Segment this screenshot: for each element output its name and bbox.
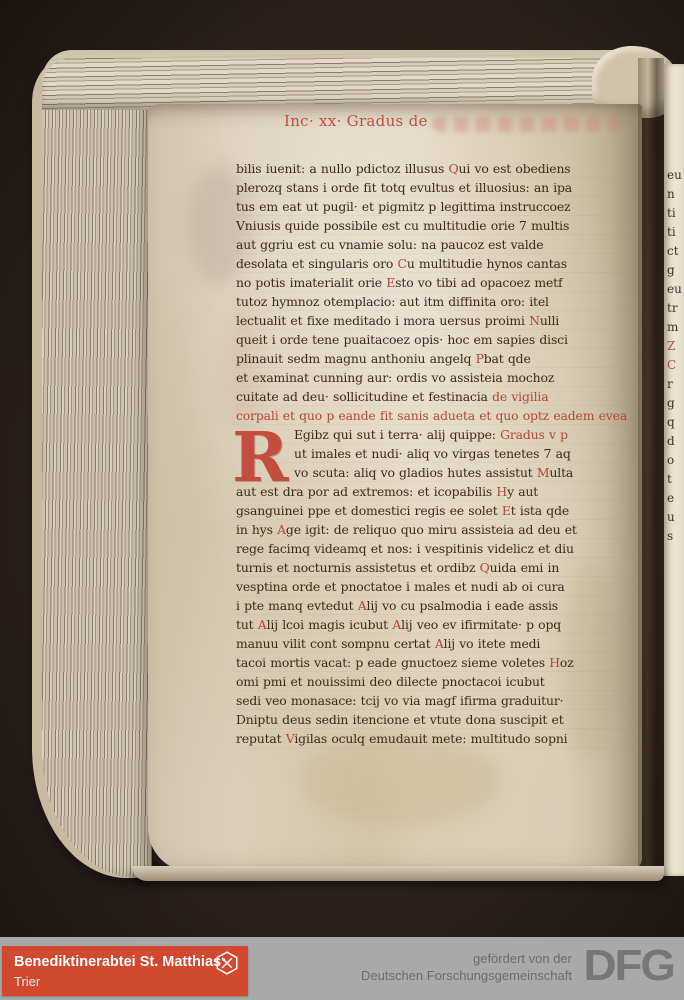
manuscript-line: Dniptu deus sedin itencione et vtute don…	[236, 710, 634, 729]
dfg-logo: DFG	[584, 941, 674, 991]
manuscript-line: sedi veo monasace: tcij vo via magf ifir…	[236, 691, 634, 710]
drop-cap-initial: R	[232, 422, 288, 494]
manuscript-line: vo scuta: aliq vo gladios hutes assistut…	[236, 463, 634, 482]
manuscript-line: plerozq stans i orde fit totq evultus et…	[236, 178, 634, 197]
manuscript-line: gsanguinei ppe et domestici regis ee sol…	[236, 501, 634, 520]
manuscript-line: et examinat cunning aur: ordis vo assist…	[236, 368, 634, 387]
facing-text-fragment: eu	[667, 166, 684, 185]
manuscript-line: manuu vilit cont sompnu certat Alij vo i…	[236, 634, 634, 653]
funding-line2: Deutschen Forschungsgemeinschaft	[361, 967, 572, 984]
manuscript-line: no potis imaterialit orie Esto vo tibi a…	[236, 273, 634, 292]
manuscript-line: corpali et quo p eande fit sanis adueta …	[236, 406, 634, 425]
manuscript-line: aut est dra por ad extremos: et icopabil…	[236, 482, 634, 501]
manuscript-line: lectualit et fixe meditado i mora uersus…	[236, 311, 634, 330]
page-rubric: Inc· xx· Gradus de	[284, 112, 428, 130]
facing-text-fragment: e	[667, 489, 684, 508]
facing-text-fragment: d	[667, 432, 684, 451]
facing-text-fragment: t	[667, 470, 684, 489]
manuscript-line: tut Alij lcoi magis icubut Alij veo ev i…	[236, 615, 634, 634]
facing-text-fragment: g	[667, 394, 684, 413]
fore-edge-page-stack	[32, 56, 152, 878]
manuscript-line: tutoz hymnoz otemplacio: aut itm diffini…	[236, 292, 634, 311]
faded-rubric-offset	[432, 116, 622, 132]
facing-text-fragment: ti	[667, 204, 684, 223]
facing-text-fragment: o	[667, 451, 684, 470]
tail-edge-page-stack	[132, 866, 664, 881]
manuscript-line: in hys Age igit: de reliquo quo miru ass…	[236, 520, 634, 539]
manuscript-line: aut ggriu est cu vnamie solu: na paucoz …	[236, 235, 634, 254]
facing-text-fragment: m	[667, 318, 684, 337]
manuscript-line: omi pmi et nouissimi deo dilecte pnoctac…	[236, 672, 634, 691]
manuscript-line: queit i orde tene puaitacoez opis· hoc e…	[236, 330, 634, 349]
manuscript-line: i pte manq evtedut Alij vo cu psalmodia …	[236, 596, 634, 615]
facing-page-text-fragments: euntitictgeutrmZCrgqdoteus	[664, 64, 684, 546]
facing-text-fragment: g	[667, 261, 684, 280]
funding-line1: gefördert von der	[361, 950, 572, 967]
facing-text-fragment: eu	[667, 280, 684, 299]
facing-text-fragment: q	[667, 413, 684, 432]
institution-city: Trier	[14, 974, 40, 989]
head-edge-page-stack	[42, 50, 658, 110]
manuscript-line: vesptina orde et pnoctatoe i males et nu…	[236, 577, 634, 596]
facing-text-fragment: n	[667, 185, 684, 204]
facing-text-fragment: ct	[667, 242, 684, 261]
facing-text-fragment: tr	[667, 299, 684, 318]
manuscript-text-block: R bilis iuenit: a nullo pdictoz illusus …	[236, 159, 634, 748]
abbey-emblem-icon	[214, 950, 240, 976]
manuscript-line: turnis et nocturnis assistetus et ordibz…	[236, 558, 634, 577]
parchment-stain	[300, 735, 500, 825]
facing-text-fragment: r	[667, 375, 684, 394]
facing-text-fragment: ti	[667, 223, 684, 242]
institution-title: Benediktinerabtei St. Matthias	[14, 954, 221, 970]
manuscript-line: bilis iuenit: a nullo pdictoz illusus Qu…	[236, 159, 634, 178]
facing-text-fragment: s	[667, 527, 684, 546]
facing-text-fragment: Z	[667, 337, 684, 356]
facing-text-fragment: C	[667, 356, 684, 375]
manuscript-line: desolata et singularis oro Cu multitudie…	[236, 254, 634, 273]
gutter-shadow	[638, 58, 664, 874]
footer-banner: Benediktinerabtei St. Matthias Trier gef…	[0, 937, 684, 1000]
facing-page-sliver: euntitictgeutrmZCrgqdoteus	[664, 64, 684, 876]
manuscript-line: tacoi mortis vacat: p eade gnuctoez siem…	[236, 653, 634, 672]
manuscript-line: cuitate ad deu· sollicitudine et festina…	[236, 387, 634, 406]
manuscript-line: tus em eat ut pugil· et pigmitz p legitt…	[236, 197, 634, 216]
manuscript-line: reputat Vigilas oculq emudauit mete: mul…	[236, 729, 634, 748]
facing-text-fragment: u	[667, 508, 684, 527]
manuscript-line: plinauit sedm magnu anthoniu angelq Pbat…	[236, 349, 634, 368]
institution-banner: Benediktinerabtei St. Matthias Trier	[2, 946, 248, 996]
funding-credit: gefördert von der Deutschen Forschungsge…	[361, 950, 572, 984]
manuscript-line: ut imales et nudi· aliq vo virgas tenete…	[236, 444, 634, 463]
manuscript-line: Egibz qui sut i terra· alij quippe: Grad…	[236, 425, 634, 444]
manuscript-line: Vniusis quide possibile est cu multitudi…	[236, 216, 634, 235]
manuscript-line: rege facimq videamq et nos: i vespitinis…	[236, 539, 634, 558]
